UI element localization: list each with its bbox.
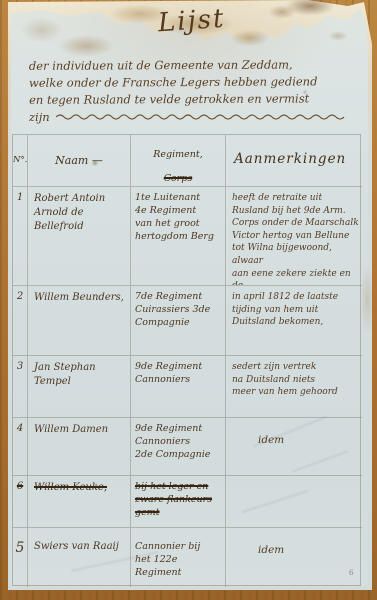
row-name: Willem Beunders,: [28, 286, 131, 356]
header-regiment-line1: Regiment,: [153, 149, 202, 160]
row-name: Willem Damen: [28, 418, 131, 476]
row-number-struck: 6: [13, 476, 28, 528]
row-name-struck: Willem Keuke,: [28, 476, 131, 528]
row-number: 1: [13, 187, 28, 286]
row-remarks: in april 1812 de laatste tijding van hem…: [226, 286, 362, 356]
header-regiment-struck-word: Corps: [164, 173, 193, 184]
table-header-number: N°.: [13, 135, 28, 187]
row-name: Robert Antoin Arnold de Bellefroid: [28, 187, 131, 286]
row-regiment-struck: bij het leger en zware flankeurs gemt: [131, 476, 226, 528]
row-number: 4: [13, 418, 28, 476]
row-number: 5: [13, 528, 28, 587]
row-name: Jan Stephan Tempel: [28, 356, 131, 418]
row-remarks: idem: [226, 418, 362, 476]
row-regiment: 9de Regiment Cannoniers 2de Compagnie: [131, 418, 226, 476]
row-regiment: 7de Regiment Cuirassiers 3de Compagnie: [131, 286, 226, 356]
page-title: Lijst: [157, 4, 226, 39]
row-remarks: sedert zijn vertrek na Duitsland niets m…: [226, 356, 362, 418]
soldiers-table: N°. Naam — en Voornamen Regiment, Corps …: [12, 134, 361, 586]
document-photo: Lijst der individuen uit de Gemeente van…: [0, 0, 377, 600]
document-content: Lijst der individuen uit de Gemeente van…: [0, 0, 377, 600]
intro-last-line: zijn: [29, 110, 352, 124]
row-remarks: heeft de retraite uit Rusland bij het 9d…: [226, 187, 362, 286]
intro-paragraph: der individuen uit de Gemeente van Zedda…: [29, 56, 365, 108]
intro-last-word: zijn: [29, 110, 50, 124]
row-number: 3: [13, 356, 28, 418]
row-regiment: 9de Regiment Cannoniers: [131, 356, 226, 418]
table-header-name: Naam — en Voornamen: [28, 135, 131, 187]
row-name: Swiers van Raaij: [28, 528, 131, 587]
table-header-regiment: Regiment, Corps bij welke gediend hebben…: [131, 135, 226, 187]
header-name-line1: Naam —: [55, 154, 103, 167]
table-header-remarks: Aanmerkingen: [226, 135, 362, 187]
row-remarks: [226, 476, 362, 528]
corner-mark: 6: [349, 569, 353, 577]
row-regiment: Cannonier bij het 122e Regiment: [131, 528, 226, 587]
wavy-flourish-line: [56, 112, 352, 122]
row-remarks: idem: [226, 528, 362, 587]
row-regiment: 1te Luitenant 4e Regiment van het groot …: [131, 187, 226, 286]
row-number: 2: [13, 286, 28, 356]
